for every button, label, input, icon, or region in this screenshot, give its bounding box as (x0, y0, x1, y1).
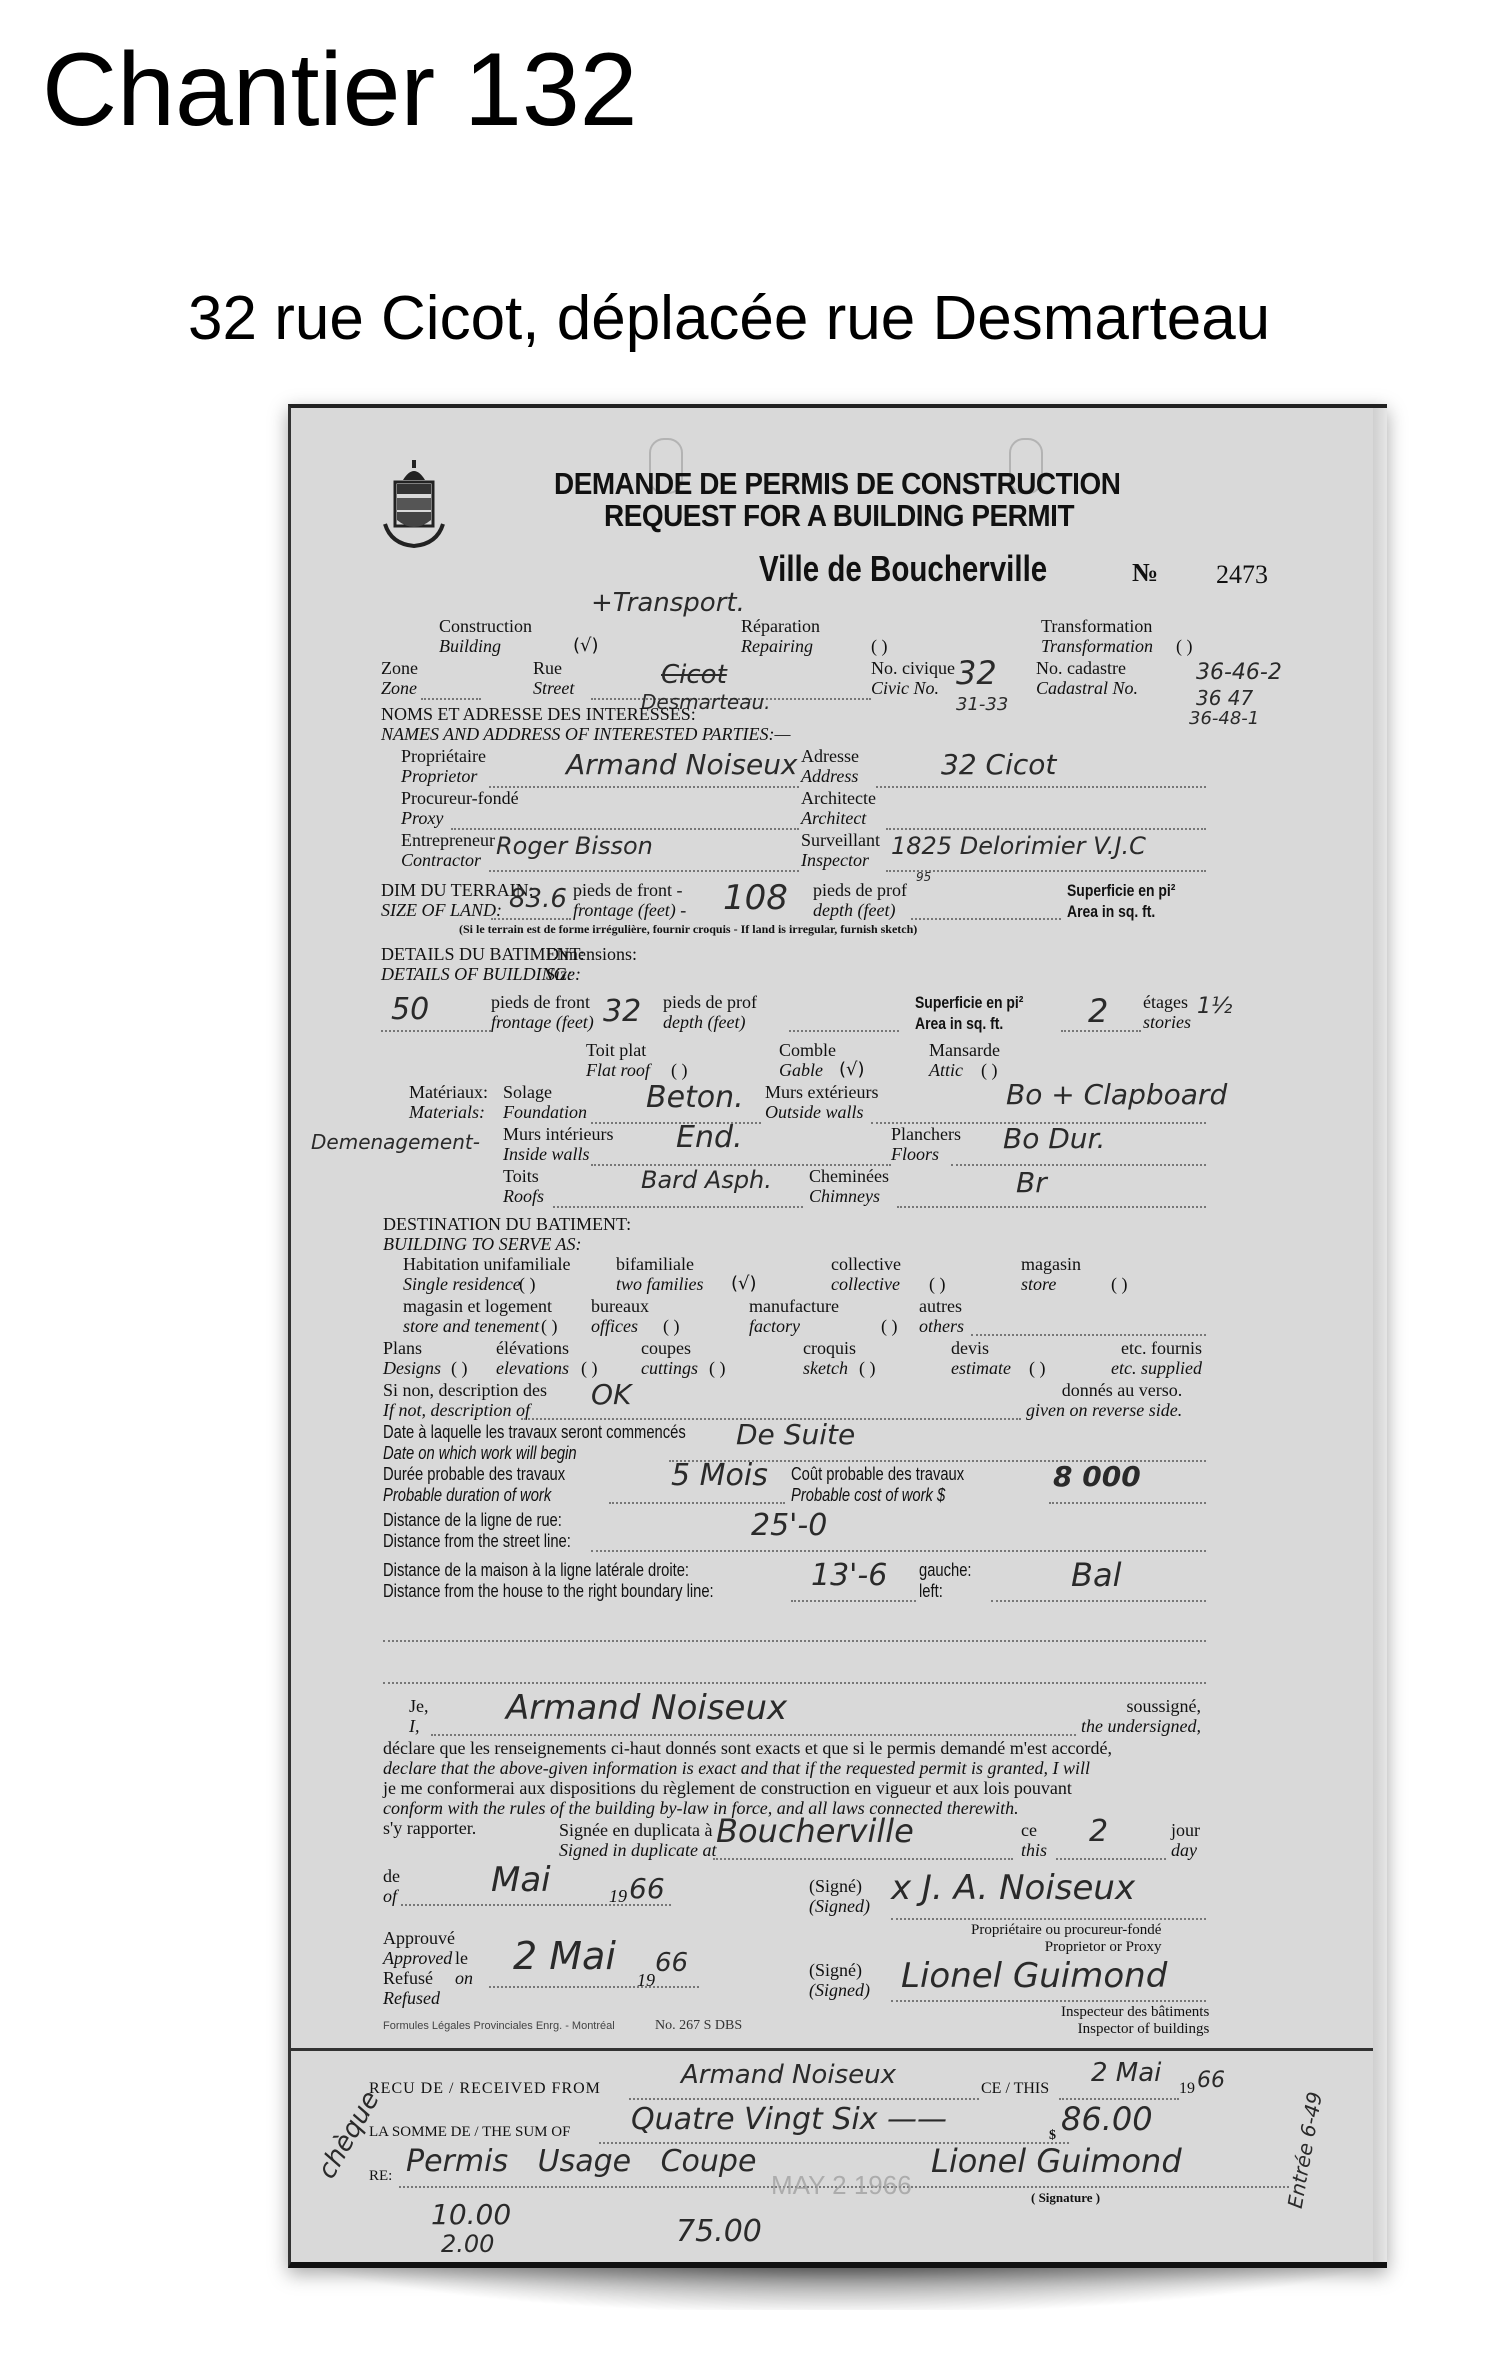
entry-note: Entrée 6-49 (1283, 2090, 1327, 2210)
fee-1: 10.00 (431, 2198, 511, 2231)
land-frontage-label: pieds de front -frontage (feet) - (573, 880, 686, 920)
land-area-label: Superficie en pi²Area in sq. ft. (1067, 880, 1175, 922)
amount-value: 86.00 (1061, 2100, 1153, 2138)
dest-factory-checkbox[interactable]: ( ) (881, 1316, 898, 1336)
building-frontage-value: 50 (391, 992, 429, 1027)
approved-date-field[interactable] (489, 1986, 699, 1988)
building-size-label: Dimensions:Size: (546, 944, 637, 984)
cadastre-value-2: 36 47 (1196, 686, 1253, 710)
cadastre-value-3: 36-48-1 (1189, 708, 1259, 729)
start-date-value: De Suite (736, 1418, 855, 1451)
inspector-note: 95 (916, 870, 931, 884)
form-footer: Formules Légales Provinciales Enrg. - Mo… (383, 2020, 615, 2032)
street-label: RueStreet (533, 658, 574, 698)
receipt-year-label: 19 (1179, 2080, 1195, 2098)
received-from-value: Armand Noiseux (681, 2060, 896, 2090)
left-distance-value: Bal (1071, 1556, 1121, 1594)
building-stories-value: 2 (1088, 992, 1108, 1030)
inside-walls-label: Murs intérieursInside walls (503, 1124, 613, 1164)
roof-flat-label: Toit platFlat roof (586, 1040, 650, 1080)
coat-of-arms-icon (381, 458, 447, 558)
year-value: 66 (629, 1872, 665, 1905)
side-distance-label: Distance de la maison à la ligne latéral… (383, 1560, 714, 1602)
demenagement-note: Demenagement- (311, 1130, 480, 1154)
roofs-field[interactable] (553, 1206, 803, 1208)
re-value: Permis Usage Coupe (406, 2144, 756, 2179)
building-frontage-field[interactable] (381, 1030, 491, 1032)
building-depth-label: pieds de profdepth (feet) (663, 992, 757, 1032)
roofs-value: Bard Asph. (641, 1166, 772, 1194)
civic-value-new: 31-33 (956, 694, 1008, 715)
inspector-signature-field[interactable] (891, 2000, 1206, 2002)
received-from-label: RECU DE / RECEIVED FROM (369, 2080, 601, 2098)
inspector-signature: Lionel Guimond (901, 1956, 1167, 1996)
repair-label: RéparationRepairing (741, 616, 820, 656)
year-prefix: 19 (609, 1886, 627, 1906)
plans-estimate-label: devisestimate (951, 1338, 1011, 1378)
declarant-name-value: Armand Noiseux (506, 1688, 787, 1728)
re-label: RE: (369, 2168, 392, 2185)
approved-year-value: 66 (655, 1948, 688, 1978)
duration-value: 5 Mois (671, 1458, 768, 1493)
land-frontage-field[interactable] (491, 918, 571, 920)
architect-field[interactable] (886, 828, 1206, 830)
street-value-struck: Cicot (661, 660, 727, 690)
permit-document: DEMANDE DE PERMIS DE CONSTRUCTION REQUES… (288, 404, 1387, 2268)
form-header-en: REQUEST FOR A BUILDING PERMIT (604, 498, 1074, 534)
receipt-signature: Lionel Guimond (931, 2142, 1182, 2180)
sum-value: Quatre Vingt Six —— (631, 2102, 947, 2137)
page-title: Chantier 132 (42, 38, 638, 142)
ce-label: cethis (1021, 1820, 1047, 1860)
left-distance-label: gauche:left: (919, 1560, 972, 1602)
permit-number: 2473 (1216, 560, 1268, 590)
received-from-field[interactable] (629, 2098, 979, 2100)
blank-line-2[interactable] (383, 1682, 1206, 1684)
proxy-field[interactable] (451, 828, 799, 830)
dest-collective-checkbox[interactable]: ( ) (929, 1274, 946, 1294)
dest-store-checkbox[interactable]: ( ) (1111, 1274, 1128, 1294)
plans-sketch-checkbox[interactable]: ( ) (859, 1358, 876, 1378)
roof-gable-label: CombleGable (779, 1040, 836, 1080)
building-stories-note: 1½ (1197, 994, 1232, 1019)
chimneys-label: CheminéesChimneys (809, 1166, 889, 1206)
construction-label: ConstructionBuilding (439, 616, 532, 656)
building-area-label: Superficie en pi²Area in sq. ft. (915, 992, 1023, 1034)
destination-heading: DESTINATION DU BATIMENT:BUILDING TO SERV… (383, 1214, 631, 1254)
plans-estimate-checkbox[interactable]: ( ) (1029, 1358, 1046, 1378)
cost-value: 8 000 (1053, 1460, 1141, 1493)
proprietor-value: Armand Noiseux (566, 748, 798, 781)
building-stories-field[interactable] (1061, 1030, 1141, 1032)
dest-two-families-label: bifamilialetwo families (616, 1254, 704, 1294)
owner-signature: x J. A. Noiseux (891, 1868, 1135, 1908)
plans-elevations-checkbox[interactable]: ( ) (581, 1358, 598, 1378)
dest-others-field[interactable] (971, 1334, 1206, 1336)
receipt-date-label: CE / THIS (981, 2080, 1049, 2098)
address-value: 32 Cicot (941, 748, 1056, 781)
undersigned-label: soussigné,the undersigned, (1081, 1696, 1201, 1736)
floors-label: PlanchersFloors (891, 1124, 961, 1164)
zone-field[interactable] (421, 698, 481, 700)
contractor-value: Roger Bisson (496, 832, 653, 860)
date-stamp: MAY 2 1966 (771, 2170, 912, 2201)
side-distance-value: 13'-6 (811, 1558, 887, 1593)
owner-signature-field[interactable] (891, 1918, 1206, 1920)
address-field[interactable] (876, 786, 1206, 788)
land-depth-label: pieds de profdepth (feet) (813, 880, 907, 920)
land-note: (Si le terrain est de forme irrégulière,… (459, 922, 917, 937)
contractor-label: EntrepreneurContractor (401, 830, 495, 870)
start-date-label: Date à laquelle les travaux seront comme… (383, 1422, 686, 1464)
description-right-label: donnés au verso.given on reverse side. (1026, 1380, 1182, 1420)
foundation-value: Beton. (646, 1080, 744, 1115)
proprietor-field[interactable] (489, 786, 799, 788)
signed-at-field[interactable] (713, 1858, 1013, 1860)
materials-label: Matériaux:Materials: (409, 1082, 488, 1122)
duration-field[interactable] (609, 1502, 785, 1504)
contractor-field[interactable] (489, 870, 799, 872)
day-value: 2 (1089, 1814, 1108, 1849)
parties-heading: NOMS ET ADRESSE DES INTERESSES:NAMES AND… (381, 704, 790, 744)
plans-supplied-label: etc. fournisetc. supplied (1111, 1338, 1202, 1378)
jour-label: jourday (1171, 1820, 1200, 1860)
receipt-year-value: 66 (1197, 2068, 1225, 2093)
plans-designs-checkbox[interactable]: ( ) (451, 1358, 468, 1378)
form-code: No. 267 S DBS (655, 2018, 742, 2034)
street-distance-field[interactable] (591, 1550, 1206, 1552)
je-label: Je,I, (409, 1696, 429, 1736)
land-area-field[interactable] (911, 918, 1061, 920)
dest-store-label: magasinstore (1021, 1254, 1081, 1294)
roof-gable-checkbox[interactable]: (√) (839, 1060, 865, 1080)
inspector-field[interactable] (886, 870, 1206, 872)
plans-sketch-label: croquissketch (803, 1338, 856, 1378)
dest-offices-checkbox[interactable]: ( ) (663, 1316, 680, 1336)
land-depth-value[interactable]: 108 (723, 878, 788, 918)
le-label: leon (455, 1948, 473, 1988)
dest-factory-label: manufacturefactory (749, 1296, 839, 1336)
foundation-label: SolageFoundation (503, 1082, 587, 1122)
left-distance-field[interactable] (991, 1600, 1206, 1602)
proprietor-label: PropriétaireProprietor (401, 746, 486, 786)
floors-field[interactable] (951, 1164, 1206, 1166)
fee-3: 75.00 (676, 2214, 762, 2249)
declarant-name-field[interactable] (431, 1734, 1076, 1736)
month-value: Mai (491, 1860, 551, 1900)
outside-walls-label: Murs extérieursOutside walls (765, 1082, 878, 1122)
cadastre-value-1[interactable]: 36-46-2 (1196, 660, 1282, 685)
approved-refused-label: Approuvé Approved Refusé Refused (383, 1928, 455, 2008)
sum-label: LA SOMME DE / THE SUM OF (369, 2124, 570, 2141)
outside-walls-value: Bo + Clapboard (1006, 1078, 1227, 1111)
architect-label: ArchitecteArchitect (801, 788, 876, 828)
cadastre-label: No. cadastreCadastral No. (1036, 658, 1138, 698)
owner-caption: Propriétaire ou procureur-fondéProprieto… (971, 1922, 1161, 1956)
signe-label-1: (Signé)(Signed) (809, 1876, 870, 1916)
duration-label: Durée probable des travauxProbable durat… (383, 1464, 565, 1506)
signature-caption: ( Signature ) (1031, 2190, 1100, 2206)
cost-label: Coût probable des travauxProbable cost o… (791, 1464, 964, 1506)
building-stories-label: étagesstories (1143, 992, 1191, 1032)
fee-2: 2.00 (441, 2230, 494, 2258)
dest-offices-label: bureauxoffices (591, 1296, 649, 1336)
day-field[interactable] (1056, 1858, 1166, 1860)
description-value: OK (591, 1378, 631, 1411)
signed-at-value: Boucherville (716, 1812, 914, 1850)
form-header-fr: DEMANDE DE PERMIS DE CONSTRUCTION (554, 466, 1120, 502)
land-frontage-value: 83.6 (509, 884, 567, 914)
dest-single-label: Habitation unifamilialeSingle residence (403, 1254, 570, 1294)
construction-checkbox[interactable]: (√) (573, 636, 599, 656)
roofs-label: ToitsRoofs (503, 1166, 544, 1206)
inside-walls-value: End. (676, 1120, 743, 1155)
address-label: AdresseAddress (801, 746, 859, 786)
permit-number-label: № (1132, 558, 1158, 588)
paper-edge (1373, 408, 1387, 2262)
side-distance-field[interactable] (791, 1600, 916, 1602)
cost-field[interactable] (1049, 1502, 1206, 1504)
zone-label: ZoneZone (381, 658, 418, 698)
plans-designs-label: PlansDesigns (383, 1338, 441, 1378)
receipt-date-value: 2 Mai (1091, 2058, 1161, 2088)
dest-two-families-checkbox[interactable]: (√) (731, 1274, 757, 1294)
street-distance-label: Distance de la ligne de rue:Distance fro… (383, 1510, 571, 1552)
floors-value: Bo Dur. (1003, 1122, 1105, 1155)
transport-note: +Transport. (591, 588, 745, 618)
transformation-label: TransformationTransformation (1041, 616, 1153, 656)
municipality: Ville de Boucherville (759, 548, 1047, 590)
building-depth-value[interactable]: 32 (603, 994, 641, 1029)
street-distance-value: 25'-0 (751, 1508, 827, 1543)
plans-cuttings-checkbox[interactable]: ( ) (709, 1358, 726, 1378)
dest-store-tenement-label: magasin et logementstore and tenement (403, 1296, 552, 1336)
dest-store-tenement-checkbox[interactable]: ( ) (541, 1316, 558, 1336)
civic-label: No. civiqueCivic No. (871, 658, 955, 698)
blank-line-1[interactable] (383, 1640, 1206, 1642)
building-area-field[interactable] (789, 1030, 899, 1032)
transformation-checkbox[interactable]: ( ) (1176, 636, 1193, 656)
proxy-label: Procureur-fondéProxy (401, 788, 519, 828)
dest-collective-label: collectivecollective (831, 1254, 901, 1294)
inspector-caption: Inspecteur des bâtimentsInspector of bui… (1061, 2004, 1209, 2038)
inspector-value: 1825 Delorimier V.J.C (891, 832, 1146, 860)
approved-date-value: 2 Mai (513, 1934, 616, 1978)
signe-label-2: (Signé)(Signed) (809, 1960, 870, 2000)
page-subtitle: 32 rue Cicot, déplacée rue Desmarteau (188, 288, 1270, 350)
signed-at-label: Signée en duplicata àSigned in duplicate… (559, 1820, 716, 1860)
chimneys-value: Br (1016, 1166, 1047, 1199)
inspector-label: SurveillantInspector (801, 830, 880, 870)
receipt-divider (291, 2048, 1373, 2051)
civic-value[interactable]: 32 (956, 654, 997, 692)
building-frontage-label: pieds de frontfrontage (feet) (491, 992, 594, 1032)
repair-checkbox[interactable]: ( ) (871, 636, 888, 656)
plans-elevations-label: élévationselevations (496, 1338, 569, 1378)
dest-others-label: autresothers (919, 1296, 964, 1336)
chimneys-field[interactable] (897, 1206, 1206, 1208)
dest-single-checkbox[interactable]: ( ) (519, 1274, 536, 1294)
roof-flat-checkbox[interactable]: ( ) (671, 1060, 688, 1080)
approved-year-prefix: 19 (637, 1970, 655, 1990)
plans-cuttings-label: coupescuttings (641, 1338, 698, 1378)
description-label: Si non, description desIf not, descripti… (383, 1380, 547, 1420)
roof-attic-checkbox[interactable]: ( ) (981, 1060, 998, 1080)
de-label: deof (383, 1866, 400, 1906)
